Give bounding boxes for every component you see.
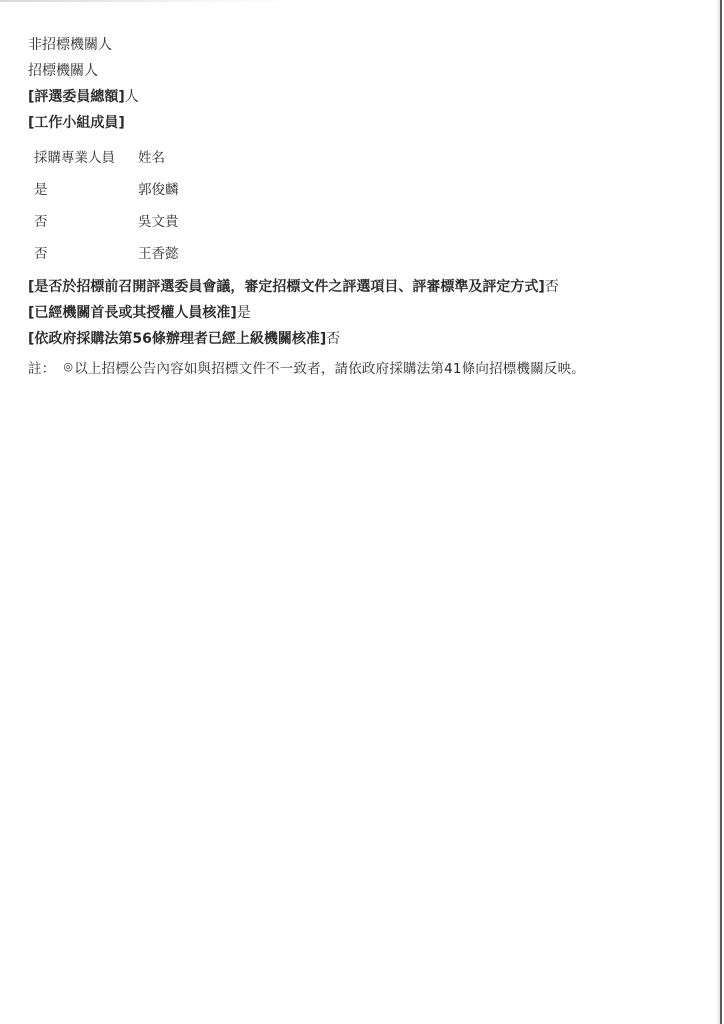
evaluation-committee-total-value: 人 xyxy=(125,89,139,105)
working-group-heading: [工作小組成員] xyxy=(28,110,688,136)
pre-tender-meeting-value: 否 xyxy=(545,279,559,295)
name-cell: 郭俊麟 xyxy=(138,177,258,203)
head-approval-value: 是 xyxy=(237,305,251,321)
head-approval: [已經機關首長或其授權人員核准]是 xyxy=(28,300,688,326)
bullseye-mark-icon: ◎ xyxy=(63,360,73,373)
pre-tender-meeting-label: [是否於招標前召開評選委員會議，審定招標文件之評選項目、評審標準及評定方式] xyxy=(28,279,545,295)
scan-right-edge xyxy=(720,0,722,1024)
head-approval-label: [已經機關首長或其授權人員核准] xyxy=(28,305,237,321)
name-cell: 吳文貴 xyxy=(138,209,258,235)
article56-approval-label: [依政府採購法第56條辦理者已經上級機關核准] xyxy=(28,331,326,347)
document-page: 非招標機關人 招標機關人 [評選委員總額]人 [工作小組成員] 採購專業人員 姓… xyxy=(28,32,688,380)
non-tendering-agency-label: 非招標機關人 xyxy=(28,37,112,53)
table-row: 否 吳文貴 xyxy=(34,206,688,238)
evaluation-committee-total-label: [評選委員總額] xyxy=(28,89,125,105)
note-text: 以上招標公告內容如與招標文件不一致者，請依政府採購法第41條向招標機關反映。 xyxy=(74,361,585,377)
column-header-procurement-professional: 採購專業人員 xyxy=(34,145,138,171)
evaluation-committee-total: [評選委員總額]人 xyxy=(28,84,688,110)
name-cell: 王香懿 xyxy=(138,241,258,267)
pre-tender-meeting: [是否於招標前召開評選委員會議，審定招標文件之評選項目、評審標準及評定方式]否 xyxy=(28,274,688,300)
article56-approval-value: 否 xyxy=(326,331,340,347)
procurement-professional-cell: 是 xyxy=(34,177,138,203)
article56-approval: [依政府採購法第56條辦理者已經上級機關核准]否 xyxy=(28,326,688,352)
tendering-agency-people: 招標機關人 xyxy=(28,58,688,84)
procurement-professional-cell: 否 xyxy=(34,241,138,267)
note-label: 註： xyxy=(28,361,55,377)
column-header-name: 姓名 xyxy=(138,145,258,171)
table-header-row: 採購專業人員 姓名 xyxy=(34,142,688,174)
scan-top-edge xyxy=(0,0,300,2)
note: 註：◎以上招標公告內容如與招標文件不一致者，請依政府採購法第41條向招標機關反映… xyxy=(28,354,688,380)
non-tendering-agency-people: 非招標機關人 xyxy=(28,32,688,58)
working-group-table: 採購專業人員 姓名 是 郭俊麟 否 吳文貴 否 王香懿 xyxy=(34,142,688,270)
procurement-professional-cell: 否 xyxy=(34,209,138,235)
table-row: 否 王香懿 xyxy=(34,238,688,270)
table-row: 是 郭俊麟 xyxy=(34,174,688,206)
tendering-agency-label: 招標機關人 xyxy=(28,63,98,79)
